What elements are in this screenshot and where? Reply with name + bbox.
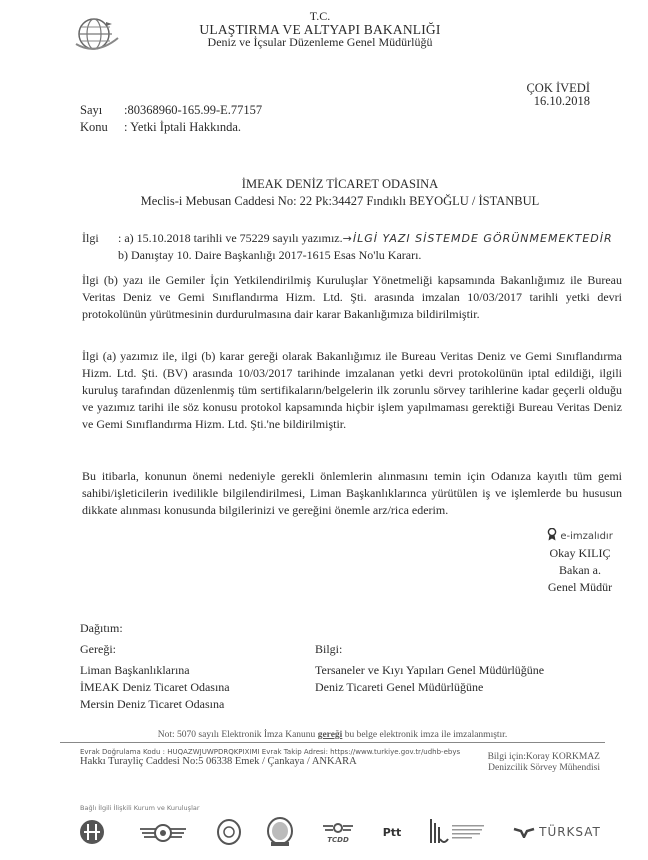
distribution-label: Dağıtım: xyxy=(80,620,123,637)
recipient-block: İMEAK DENİZ TİCARET ODASINA Meclis-i Meb… xyxy=(60,176,620,210)
recipient-address: Meclis-i Mebusan Caddesi No: 22 Pk:34427… xyxy=(60,193,620,210)
contact-info: Bilgi için:Koray KORKMAZ Denizcilik Sörv… xyxy=(488,752,600,774)
dhmi-logo-icon xyxy=(214,812,244,852)
kiyi-emniyeti-logo-icon xyxy=(264,812,296,852)
globe-icon xyxy=(72,14,120,54)
document-date: 16.10.2018 xyxy=(526,95,590,108)
verification-code: Evrak Doğrulama Kodu : HUQAZWJUWPDRQKPIX… xyxy=(80,748,460,756)
paragraph-1: İlgi (b) yazı ile Gemiler İçin Yetkilend… xyxy=(82,272,622,323)
ilgi-a: : a) 15.10.2018 tarihli ve 75229 sayılı … xyxy=(118,231,343,245)
ministry-address: Hakkı Turayliç Caddesi No:5 06338 Emek /… xyxy=(80,756,357,767)
konu-value: : Yetki İptali Hakkında. xyxy=(124,120,241,134)
tcdd-logo-icon: TCDD xyxy=(318,812,358,852)
kgm-logo-icon xyxy=(76,812,108,852)
btk-logo-icon xyxy=(428,812,488,852)
ptt-text: Ptt xyxy=(383,826,402,839)
reference-block: İlgi: a) 15.10.2018 tarihli ve 75229 say… xyxy=(82,230,613,264)
affiliates-label: Bağlı İlgili İlişkili Kurum ve Kuruluşla… xyxy=(80,804,200,812)
paragraph-2: İlgi (a) yazımız ile, ilgi (b) karar ger… xyxy=(82,348,622,433)
sayi-row: Sayı:80368960-165.99-E.77157 xyxy=(80,103,262,118)
tcdd-text: TCDD xyxy=(327,836,349,844)
note-text: Not: 5070 sayılı Elektronik İmza Kanunu xyxy=(158,730,318,740)
urgency-block: ÇOK İVEDİ 16.10.2018 xyxy=(526,82,590,108)
paragraph-3: Bu itibarla, konunun önemi nedeniyle ger… xyxy=(82,468,622,519)
shgm-logo-icon xyxy=(138,812,188,852)
turksat-logo-icon: TÜRKSAT xyxy=(512,812,602,852)
bilgi-item: Tersaneler ve Kıyı Yapıları Genel Müdürl… xyxy=(315,662,544,679)
contact-title: Denizcilik Sörvey Mühendisi xyxy=(488,763,600,774)
konu-label: Konu xyxy=(80,120,124,135)
contact-name: Bilgi için:Koray KORKMAZ xyxy=(488,752,600,763)
signer-title-1: Bakan a. xyxy=(520,562,640,579)
geregi-item: Liman Başkanlıklarına xyxy=(80,662,230,679)
affiliate-logos: TCDD Ptt TÜRKSAT xyxy=(76,812,636,852)
signer-title-2: Genel Müdür xyxy=(520,579,640,596)
note-emphasis: gereği xyxy=(318,730,343,740)
ministry-logo xyxy=(72,14,120,54)
recipient-name: İMEAK DENİZ TİCARET ODASINA xyxy=(60,176,620,193)
bilgi-label: Bilgi: xyxy=(315,641,544,658)
esign-label: e-imzalıdır xyxy=(560,531,612,542)
geregi-label: Gereği: xyxy=(80,641,230,658)
sayi-value: :80368960-165.99-E.77157 xyxy=(124,103,262,117)
signer-name: Okay KILIÇ xyxy=(520,545,640,562)
document-header: T.C. ULAŞTIRMA VE ALTYAPI BAKANLIĞI Deni… xyxy=(150,10,490,49)
ptt-logo-icon: Ptt xyxy=(376,812,408,852)
bilgi-item: Deniz Ticareti Genel Müdürlüğüne xyxy=(315,679,544,696)
esign-note: Not: 5070 sayılı Elektronik İmza Kanunu … xyxy=(60,730,605,743)
geregi-item: İMEAK Deniz Ticaret Odasına xyxy=(80,679,230,696)
konu-row: Konu: Yetki İptali Hakkında. xyxy=(80,120,241,135)
bilgi-block: Bilgi: Tersaneler ve Kıyı Yapıları Genel… xyxy=(315,641,544,696)
ilgi-label: İlgi xyxy=(82,230,118,247)
signature-block: e-imzalıdır Okay KILIÇ Bakan a. Genel Mü… xyxy=(520,528,640,596)
ilgi-b: b) Danıştay 10. Daire Başkanlığı 2017-16… xyxy=(82,247,613,264)
award-ribbon-icon xyxy=(547,528,557,541)
header-directorate: Deniz ve İçsular Düzenleme Genel Müdürlü… xyxy=(150,36,490,49)
geregi-item: Mersin Deniz Ticaret Odasına xyxy=(80,696,230,713)
geregi-block: Gereği: Liman Başkanlıklarına İMEAK Deni… xyxy=(80,641,230,713)
sayi-label: Sayı xyxy=(80,103,124,118)
turksat-text: TÜRKSAT xyxy=(539,825,601,839)
note-text-end: bu belge elektronik imza ile imzalanmışt… xyxy=(342,730,507,740)
handwritten-annotation: →İLGİ YAZI SİSTEMDE GÖRÜNMEMEKTEDİR xyxy=(343,232,613,245)
